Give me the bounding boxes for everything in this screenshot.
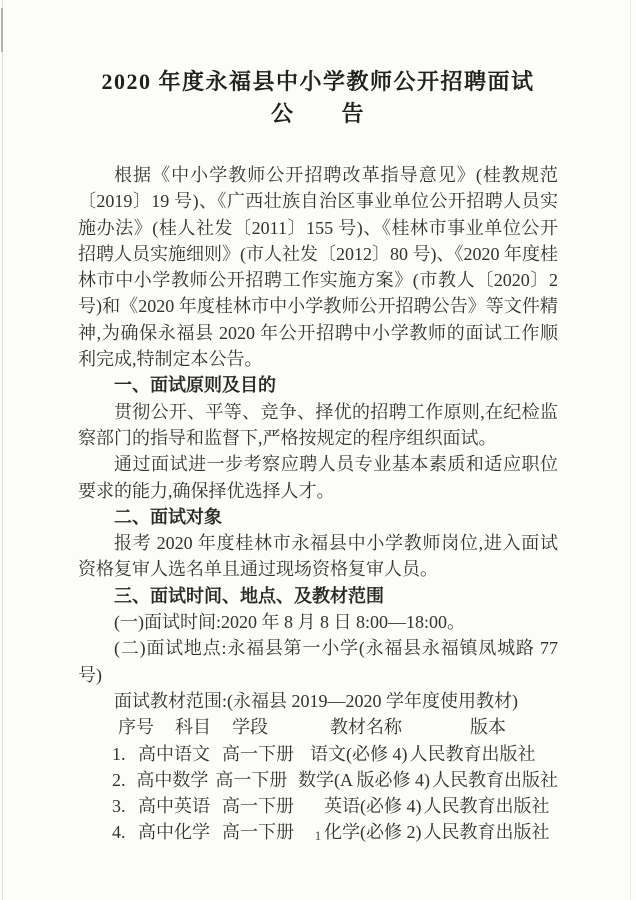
section3-heading: 三、面试时间、地点、及教材范围 — [78, 583, 558, 609]
scan-edge-artifact-right — [630, 0, 631, 900]
header-cell-book: 教材名称 — [330, 714, 470, 740]
header-cell-index: 序号 — [118, 714, 175, 740]
cell-publisher: 人民教育出版社 — [424, 793, 550, 819]
materials-table-header: 序号 科目 学段 教材名称 版本 — [78, 714, 558, 740]
document-body: 根据《中小学教师公开招聘改革指导意见》(桂教规范〔2019〕19 号)、《广西壮… — [78, 162, 558, 846]
cell-stage: 高一下册 — [222, 793, 310, 819]
section2-paragraph-1: 报考 2020 年度桂林市永福县中小学教师岗位,进入面试资格复审人选名单且通过现… — [78, 530, 558, 583]
cell-book: 英语(必修 4) — [324, 793, 422, 819]
cell-subject: 高中语文 — [138, 741, 222, 767]
page-number: 1 — [0, 828, 636, 844]
table-row: 3. 高中英语 高一下册 英语(必修 4) 人民教育出版社 — [78, 793, 558, 819]
scanned-announcement-page: 2020 年度永福县中小学教师公开招聘面试 公 告 根据《中小学教师公开招聘改革… — [0, 0, 636, 900]
cell-subject: 高中数学 — [136, 767, 215, 793]
document-title-line2: 公 告 — [78, 98, 558, 130]
section1-paragraph-2: 通过面试进一步考察应聘人员专业基本素质和适应职位要求的能力,确保择优选择人才。 — [78, 451, 558, 504]
cell-publisher: 人民教育出版社 — [432, 767, 558, 793]
cell-subject: 高中英语 — [138, 793, 222, 819]
section3-item-place: (二)面试地点:永福县第一小学(永福县永福镇凤城路 77 号) — [78, 635, 558, 688]
cell-stage: 高一下册 — [222, 741, 310, 767]
intro-paragraph: 根据《中小学教师公开招聘改革指导意见》(桂教规范〔2019〕19 号)、《广西壮… — [78, 162, 558, 372]
scan-edge-artifact-left — [2, 0, 3, 900]
table-row: 1. 高中语文 高一下册 语文(必修 4) 人民教育出版社 — [78, 741, 558, 767]
section1-paragraph-1: 贯彻公开、平等、竞争、择优的招聘工作原则,在纪检监察部门的指导和监督下,严格按规… — [78, 399, 558, 452]
section1-heading: 一、面试原则及目的 — [78, 372, 558, 398]
cell-index: 3. — [112, 793, 138, 819]
materials-table: 序号 科目 学段 教材名称 版本 1. 高中语文 高一下册 语文(必修 4) 人… — [78, 714, 558, 845]
section3-item-materials: 面试教材范围:(永福县 2019—2020 学年度使用教材) — [78, 688, 558, 714]
cell-book: 语文(必修 4) — [310, 741, 408, 767]
section3-item-time: (一)面试时间:2020 年 8 月 8 日 8:00—18:00。 — [78, 609, 558, 635]
header-cell-publisher: 版本 — [470, 714, 506, 740]
header-cell-stage: 学段 — [232, 714, 330, 740]
cell-index: 1. — [112, 741, 138, 767]
document-title-line1: 2020 年度永福县中小学教师公开招聘面试 — [78, 66, 558, 98]
scan-edge-artifact-left-dark — [1, 8, 3, 52]
cell-publisher: 人民教育出版社 — [410, 741, 536, 767]
cell-book: 数学(A 版必修 4) — [298, 767, 430, 793]
table-row: 2. 高中数学 高一下册 数学(A 版必修 4) 人民教育出版社 — [78, 767, 558, 793]
cell-index: 2. — [112, 767, 136, 793]
cell-stage: 高一下册 — [215, 767, 298, 793]
section2-heading: 二、面试对象 — [78, 504, 558, 530]
header-cell-subject: 科目 — [175, 714, 232, 740]
